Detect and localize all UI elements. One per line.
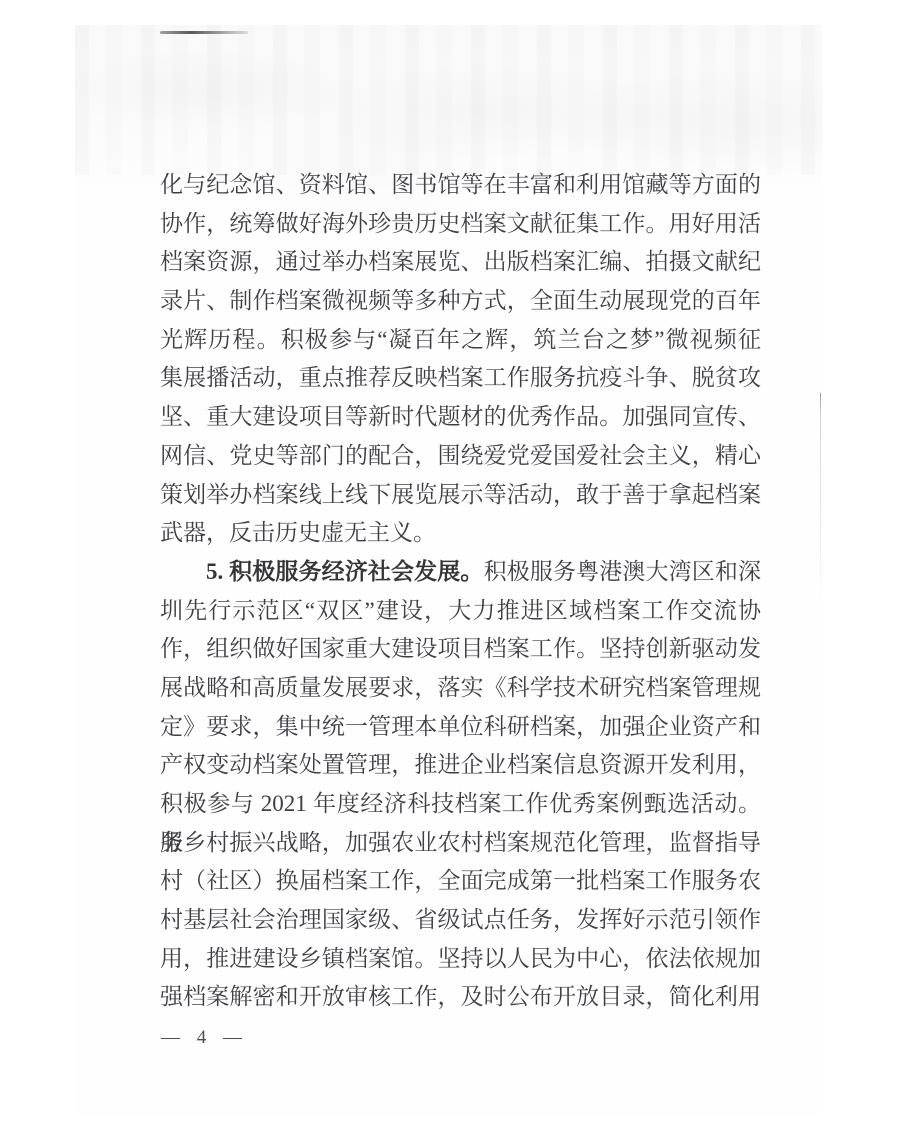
- text-line: 作，组织做好国家重大建设项目档案工作。坚持创新驱动发: [160, 630, 761, 669]
- text-line: 展战略和高质量发展要求，落实《科学技术研究档案管理规: [160, 669, 761, 708]
- text-line: 集展播活动，重点推荐反映档案工作服务抗疫斗争、脱贫攻: [160, 359, 761, 398]
- text-line: 定》要求，集中统一管理本单位科研档案，加强企业资产和: [160, 708, 761, 747]
- text-line: 产权变动档案处置管理，推进企业档案信息资源开发利用，: [160, 746, 761, 785]
- scan-area: 化与纪念馆、资料馆、图书馆等在丰富和利用馆藏等方面的协作，统筹做好海外珍贵历史档…: [75, 25, 822, 1117]
- text-line: 网信、党史等部门的配合，围绕爱党爱国爱社会主义，精心: [160, 437, 761, 476]
- section-heading: 5. 积极服务经济社会发展。: [206, 559, 484, 584]
- text-line: 光辉历程。积极参与“凝百年之辉，筑兰台之梦”微视频征: [160, 321, 761, 360]
- text-line: 档案资源，通过举办档案展览、出版档案汇编、拍摄文献纪: [160, 243, 761, 282]
- text-line: 强档案解密和开放审核工作，及时公布开放目录，简化利用: [160, 978, 761, 1017]
- text-line: 积极参与 2021 年度经济科技档案工作优秀案例甄选活动。服: [160, 785, 761, 824]
- text-line: 务乡村振兴战略，加强农业农村档案规范化管理，监督指导: [160, 824, 761, 863]
- text-line: 策划举办档案线上线下展览展示等活动，敢于善于拿起档案: [160, 476, 761, 515]
- text-line: 协作，统筹做好海外珍贵历史档案文献征集工作。用好用活: [160, 205, 761, 244]
- page-number: — 4 —: [161, 1026, 243, 1050]
- text-line: 圳先行示范区“双区”建设，大力推进区域档案工作交流协: [160, 592, 761, 631]
- text-line: 用，推进建设乡镇档案馆。坚持以人民为中心，依法依规加: [160, 940, 761, 979]
- text-line: 村基层社会治理国家级、省级试点任务，发挥好示范引领作: [160, 901, 761, 940]
- page-edge-shadow: [820, 393, 821, 603]
- text-line: 武器，反击历史虚无主义。: [160, 514, 761, 553]
- scanned-document-page: 化与纪念馆、资料馆、图书馆等在丰富和利用馆藏等方面的协作，统筹做好海外珍贵历史档…: [0, 0, 900, 1144]
- text-line: 5. 积极服务经济社会发展。积极服务粤港澳大湾区和深: [160, 553, 761, 592]
- text-line: 坚、重大建设项目等新时代题材的优秀作品。加强同宣传、: [160, 398, 761, 437]
- scan-smudge-artifact: [160, 31, 248, 34]
- text-line: 化与纪念馆、资料馆、图书馆等在丰富和利用馆藏等方面的: [160, 166, 761, 205]
- document-body: 化与纪念馆、资料馆、图书馆等在丰富和利用馆藏等方面的协作，统筹做好海外珍贵历史档…: [160, 166, 761, 1017]
- text-line: 录片、制作档案微视频等多种方式，全面生动展现党的百年: [160, 282, 761, 321]
- text-line: 村（社区）换届档案工作，全面完成第一批档案工作服务农: [160, 862, 761, 901]
